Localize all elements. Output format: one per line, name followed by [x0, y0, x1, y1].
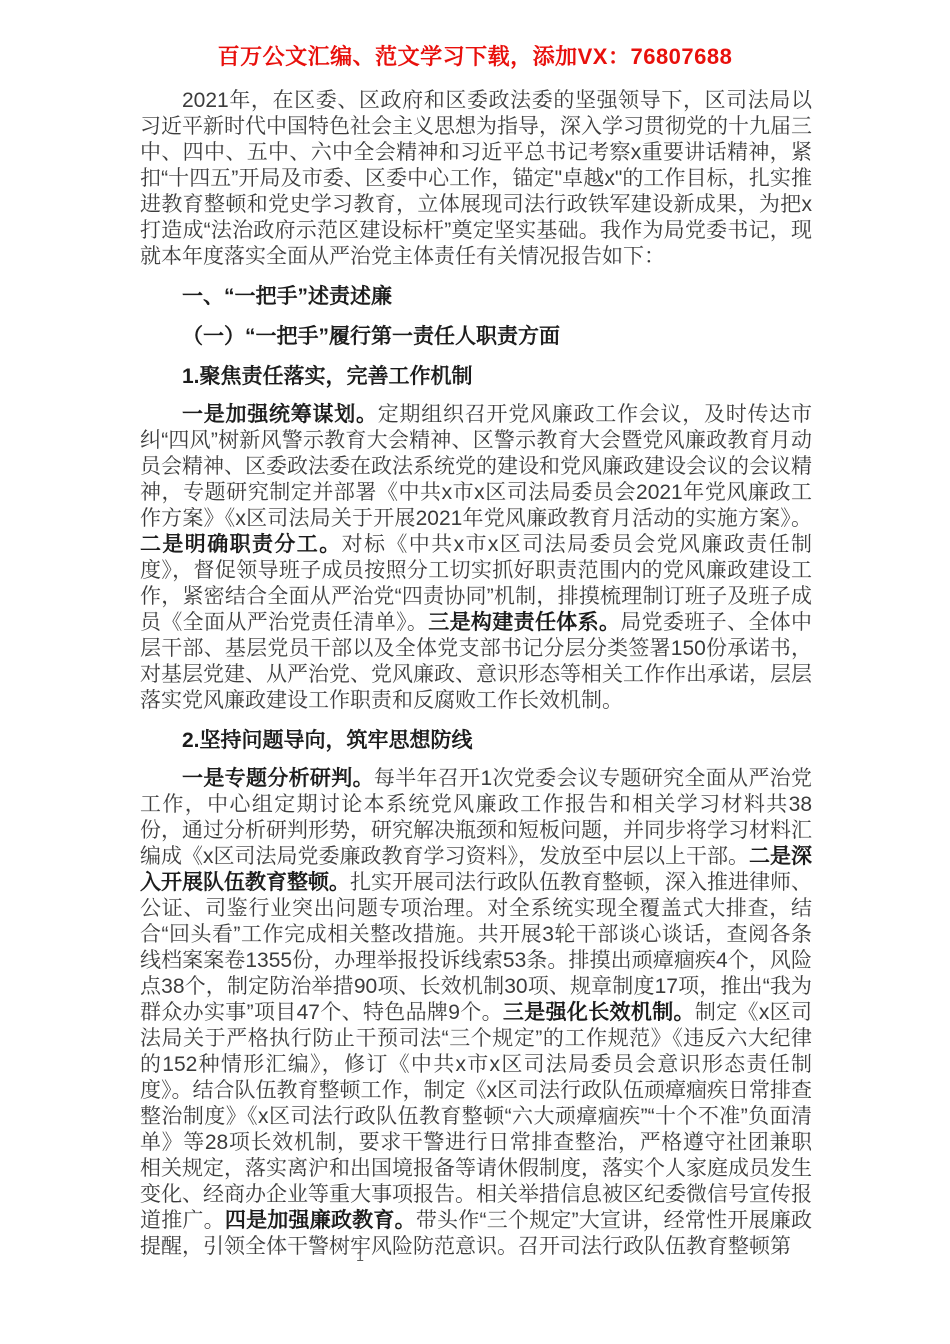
numbered-heading-2: 2.坚持问题导向，筑牢思想防线 [140, 728, 812, 754]
document-body: 2021年，在区委、区政府和区委政法委的坚强领导下，区司法局以习近平新时代中国特… [140, 88, 812, 1260]
document-page: 百万公文汇编、范文学习下载，添加VX：76807688 2021年，在区委、区政… [0, 0, 950, 1344]
paragraph-work-mechanism: 一是加强统筹谋划。定期组织召开党风廉政工作会议，及时传达市纠“四风”树新风警示教… [140, 402, 812, 714]
emphasis-run: 一是专题分析研判。 [182, 767, 374, 790]
intro-paragraph: 2021年，在区委、区政府和区委政法委的坚强领导下，区司法局以习近平新时代中国特… [140, 88, 812, 270]
paragraph-problem-orientation: 一是专题分析研判。每半年召开1次党委会议专题研究全面从严治党工作，中心组定期讨论… [140, 766, 812, 1260]
promo-banner: 百万公文汇编、范文学习下载，添加VX：76807688 [0, 44, 950, 70]
text-run: 制定《x区司法局关于严格执行防止干预司法“三个规定”的工作规范》《违反六大纪律的… [140, 1001, 812, 1232]
page-number: 1 [340, 1248, 380, 1264]
emphasis-run: 一是加强统筹谋划。 [182, 403, 378, 426]
emphasis-run: 三是强化长效机制。 [503, 1001, 695, 1024]
emphasis-run: 四是加强廉政教育。 [225, 1209, 416, 1232]
numbered-heading-1: 1.聚焦责任落实，完善工作机制 [140, 364, 812, 390]
section-heading-1: 一、“一把手”述责述廉 [140, 284, 812, 310]
emphasis-run: 三是构建责任体系。 [428, 611, 620, 634]
subsection-heading-1: （一）“一把手”履行第一责任人职责方面 [140, 324, 812, 350]
emphasis-run: 二是明确职责分工。 [140, 533, 342, 556]
